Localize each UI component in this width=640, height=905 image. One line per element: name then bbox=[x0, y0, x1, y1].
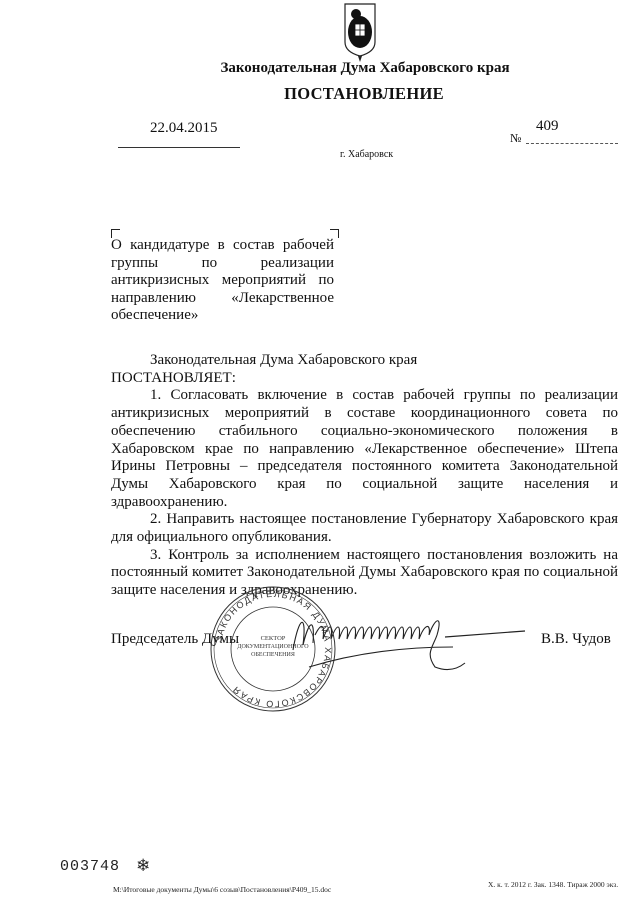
subject-line: обеспечение» bbox=[111, 307, 334, 325]
subject-line: группы по реализации bbox=[111, 255, 334, 273]
document-date: 22.04.2015 bbox=[150, 120, 218, 137]
date-underline bbox=[118, 147, 240, 148]
snowflake-icon: ❄ bbox=[136, 856, 150, 876]
resolution-item-3: 3. Контроль за исполнением настоящего по… bbox=[111, 547, 618, 600]
subject-line: антикризисных мероприятий по bbox=[111, 272, 334, 290]
signer-name: В.В. Чудов bbox=[541, 631, 611, 648]
subject-line: направлению «Лекарственное bbox=[111, 290, 334, 308]
file-path: M:\Итоговые документы Думы\6 созыв\Поста… bbox=[113, 885, 331, 894]
svg-text:СЕКТОР: СЕКТОР bbox=[261, 635, 286, 642]
number-sign: № bbox=[510, 131, 521, 146]
city-label: г. Хабаровск bbox=[340, 149, 393, 160]
number-underline bbox=[526, 143, 618, 144]
coat-of-arms-icon bbox=[343, 2, 377, 64]
document-number: 409 bbox=[536, 118, 559, 135]
document-subject: О кандидатуре в состав рабочей группы по… bbox=[111, 237, 334, 325]
preamble: Законодательная Дума Хабаровского края bbox=[111, 352, 618, 370]
resolves-heading: ПОСТАНОВЛЯЕТ: bbox=[111, 370, 618, 388]
resolution-item-2: 2. Направить настоящее постановление Губ… bbox=[111, 511, 618, 546]
signer-title: Председатель Думы bbox=[111, 631, 239, 648]
document-type-heading: ПОСТАНОВЛЕНИЕ bbox=[0, 84, 640, 104]
serial-number: 003748 bbox=[60, 858, 120, 875]
resolution-item-1: 1. Согласовать включение в состав рабоче… bbox=[111, 387, 618, 511]
organization-title: Законодательная Дума Хабаровского края bbox=[0, 60, 640, 77]
subject-line: О кандидатуре в состав рабочей bbox=[111, 237, 334, 255]
print-info: Х. к. т. 2012 г. Зак. 1348. Тираж 2000 э… bbox=[488, 880, 618, 889]
document-body: Законодательная Дума Хабаровского края П… bbox=[111, 352, 618, 600]
handwritten-signature bbox=[285, 605, 535, 675]
